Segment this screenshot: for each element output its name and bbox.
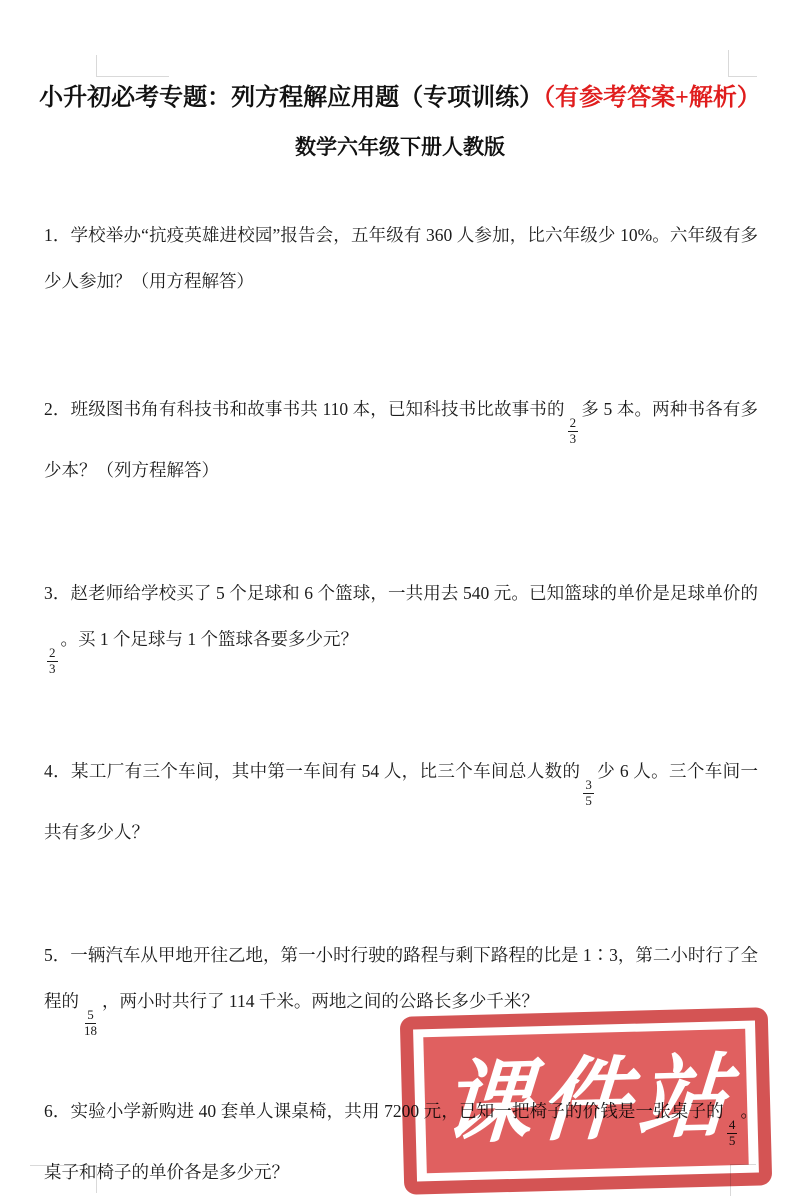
problem-text: 2．班级图书角有科技书和故事书共 110 本，已知科技书比故事书的23多 5 本… [44, 386, 758, 493]
fraction: 35 [583, 778, 594, 809]
document-subtitle: 数学六年级下册人教版 [0, 132, 800, 162]
document-page: 小升初必考专题：列方程解应用题（专项训练）（有参考答案+解析） 数学六年级下册人… [0, 0, 800, 1200]
watermark-stamp-inner: 课件站 [423, 1029, 748, 1173]
watermark-stamp: 课件站 [400, 1007, 773, 1195]
title-main-text: 小升初必考专题：列方程解应用题（专项训练） [39, 85, 543, 111]
watermark-text: 课件站 [433, 1052, 738, 1150]
title-answer-note: （有参考答案+解析） [543, 85, 761, 111]
problem-text: 3．赵老师给学校买了 5 个足球和 6 个篮球，一共用去 540 元。已知篮球的… [44, 570, 758, 677]
document-title: 小升初必考专题：列方程解应用题（专项训练）（有参考答案+解析） [0, 82, 800, 114]
text-boundary-mark-top-right [728, 50, 757, 77]
fraction: 23 [47, 646, 58, 677]
fraction: 518 [82, 1008, 99, 1039]
problem-text: 1．学校举办“抗疫英雄进校园”报告会，五年级有 360 人参加，比六年级少 10… [44, 212, 758, 304]
problem-text: 4．某工厂有三个车间，其中第一车间有 54 人，比三个车间总人数的35少 6 人… [44, 748, 758, 855]
text-boundary-mark-top-left [96, 55, 169, 77]
fraction: 23 [568, 416, 579, 447]
